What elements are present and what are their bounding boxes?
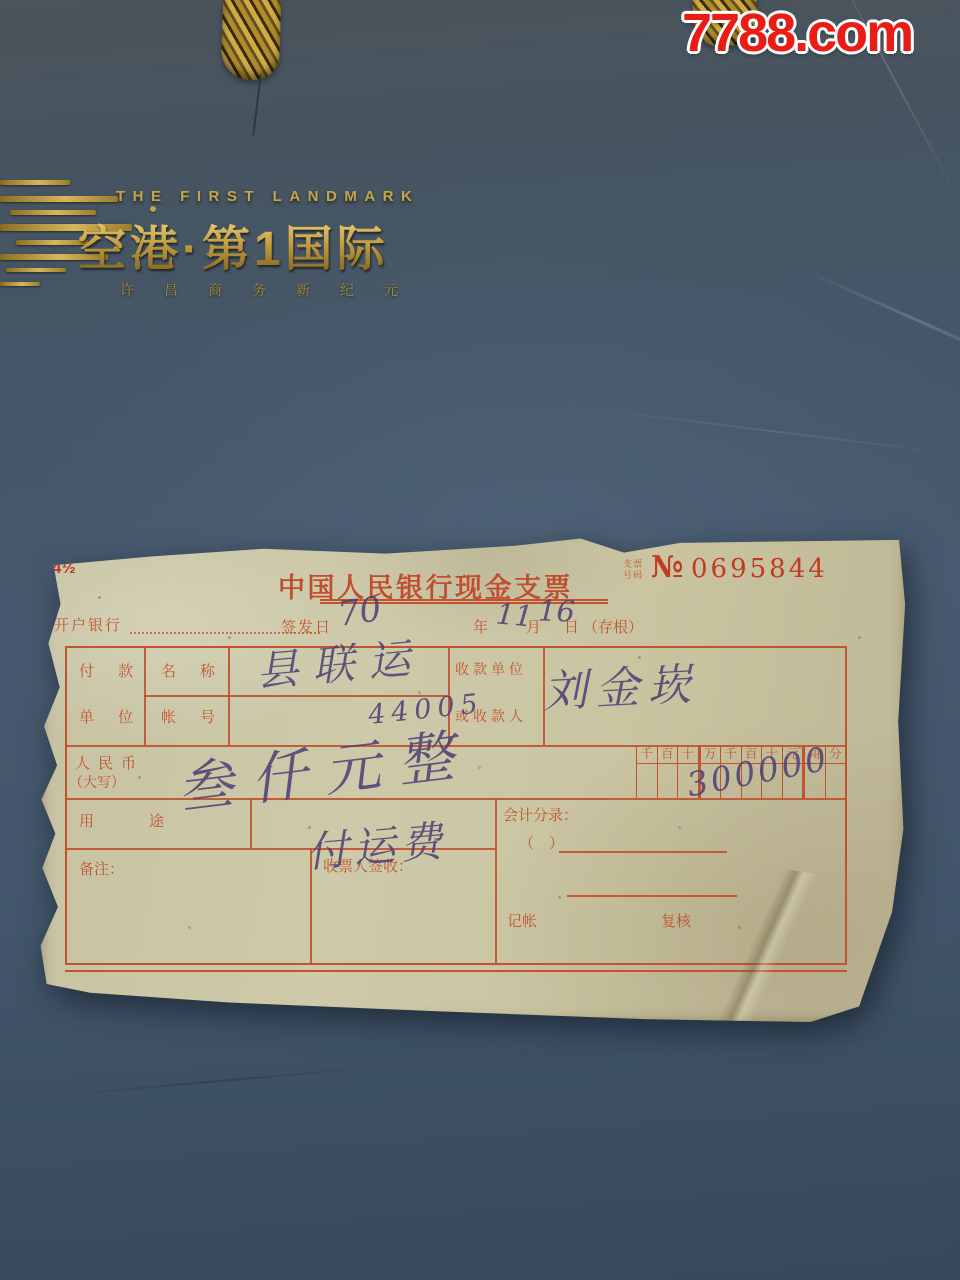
bag-cord: [220, 0, 281, 81]
site-watermark: 7788.com: [682, 2, 912, 64]
bag-wrinkle: [801, 267, 960, 375]
table-divider: [495, 798, 497, 963]
ledger-fill-line: [567, 895, 737, 897]
payer-label-bottom: 单位: [79, 706, 157, 727]
ledger-label: 会计分录：: [503, 804, 578, 825]
bag-tagline-cn: 许昌商务新纪元: [120, 280, 428, 300]
ledger-paren: （ ）: [519, 832, 564, 853]
serial-number: 0695844: [691, 554, 828, 584]
serial-label-bottom: 号码: [623, 570, 643, 580]
paper-specks: [98, 596, 101, 599]
bag-wrinkle: [61, 1066, 380, 1096]
bag-brand-name: 空港·第1国际: [78, 210, 389, 279]
handwritten-purpose: 付运费: [304, 808, 450, 880]
serial-symbol: №: [651, 550, 684, 585]
year-unit: 年: [473, 616, 488, 637]
remarks-label: 备注：: [79, 858, 124, 879]
bag-branding: THE FIRST LANDMARK 空港·第1国际 许昌商务新纪元: [0, 158, 520, 308]
digit-column: 千: [637, 745, 658, 798]
stub-label: （存根）: [583, 616, 643, 637]
digit-column: 百: [658, 745, 679, 798]
handwritten-payee: 刘金崁: [541, 648, 700, 720]
bag-wrinkle: [581, 407, 958, 455]
handwritten-month: 11: [495, 596, 535, 633]
handwritten-day: 16: [537, 593, 575, 628]
serial-label-top: 支票: [623, 559, 643, 569]
bank-label: 开户银行: [54, 614, 122, 635]
payer-name-label: 名称: [161, 660, 239, 681]
payer-account-label: 帐号: [161, 706, 239, 727]
check-document: 4½ 中国人民银行现金支票 支票 号码 № 0695844 开户银行 签发日 7…: [38, 536, 906, 1024]
payee-label-top: 收款单位: [455, 659, 527, 679]
bag-tagline-en: THE FIRST LANDMARK: [116, 188, 419, 205]
ledger-fill-line: [559, 851, 727, 853]
payer-label-top: 付款: [79, 660, 157, 681]
rmb-caps-label: （大写）: [69, 772, 125, 792]
bookkeeping-label: 记帐: [507, 910, 537, 931]
check-serial: 支票 号码 № 0695844: [623, 552, 843, 592]
bag-cord-thread: [252, 74, 262, 136]
rmb-label: 人民币: [75, 752, 144, 773]
corner-code: 4½: [52, 558, 76, 578]
review-label: 复核: [661, 910, 691, 931]
